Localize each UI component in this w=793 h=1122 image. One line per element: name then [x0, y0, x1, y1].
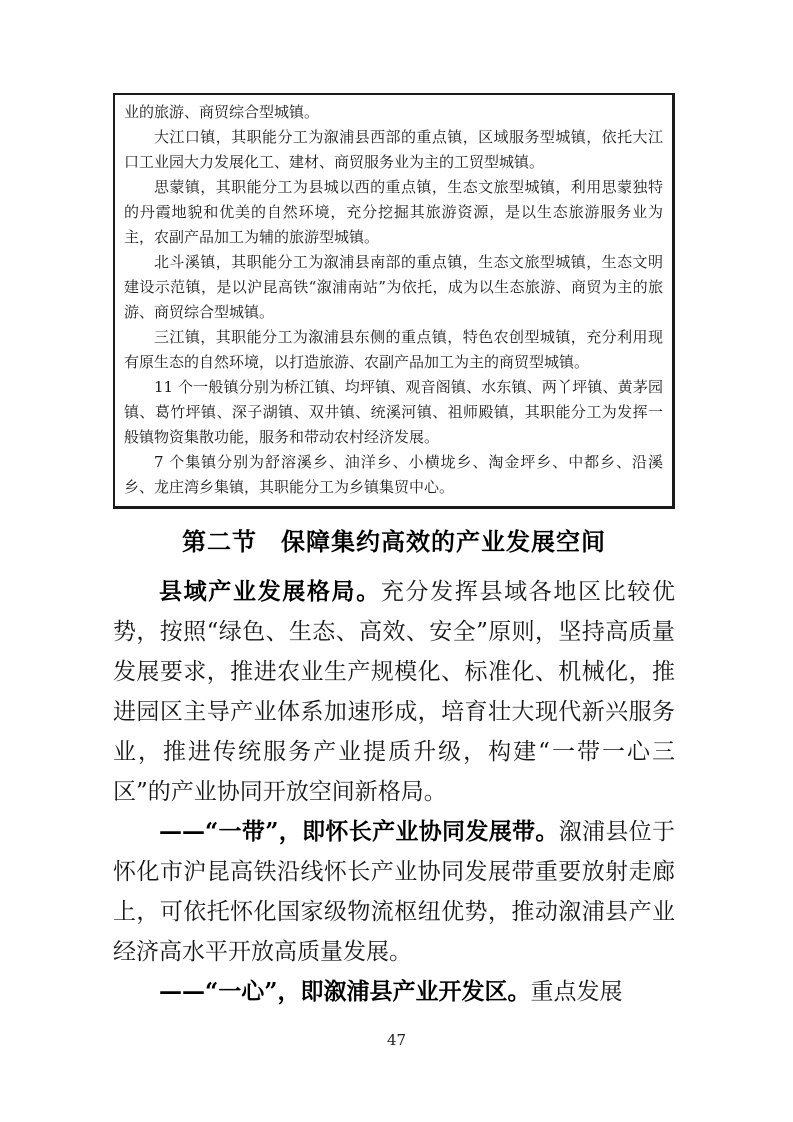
town-functions-box: 业的旅游、商贸综合型城镇。 大江口镇，其职能分工为溆浦县西部的重点镇，区域服务型…	[113, 93, 675, 509]
body-paragraph: ——“一心”，即溆浦县产业开发区。重点发展	[113, 972, 675, 1012]
box-paragraph: 业的旅游、商贸综合型城镇。	[124, 100, 663, 125]
paragraph-text: 充分发挥县域各地区比较优势，按照“绿色、生态、高效、安全”原则，坚持高质量发展要…	[113, 579, 675, 805]
body-text: 县域产业发展格局。充分发挥县域各地区比较优势，按照“绿色、生态、高效、安全”原则…	[113, 572, 675, 1012]
paragraph-lead: 县域产业发展格局。	[159, 578, 381, 605]
body-paragraph: ——“一带”，即怀长产业协同发展带。溆浦县位于怀化市沪昆高铁沿线怀长产业协同发展…	[113, 812, 675, 972]
box-paragraph: 7 个集镇分别为舒溶溪乡、油洋乡、小横垅乡、淘金坪乡、中都乡、沿溪乡、龙庄湾乡集…	[124, 450, 663, 500]
document-page: 业的旅游、商贸综合型城镇。 大江口镇，其职能分工为溆浦县西部的重点镇，区域服务型…	[0, 0, 793, 1122]
section-title: 保障集约高效的产业发展空间	[281, 528, 606, 556]
content-column: 业的旅游、商贸综合型城镇。 大江口镇，其职能分工为溆浦县西部的重点镇，区域服务型…	[113, 93, 675, 1012]
box-paragraph: 大江口镇，其职能分工为溆浦县西部的重点镇，区域服务型城镇，依托大江口工业园大力发…	[124, 125, 663, 175]
paragraph-text: 重点发展	[530, 979, 622, 1005]
box-paragraph: 思蒙镇，其职能分工为县城以西的重点镇，生态文旅型城镇，利用思蒙独特的丹霞地貌和优…	[124, 175, 663, 250]
box-paragraph: 北斗溪镇，其职能分工为溆浦县南部的重点镇，生态文旅型城镇，生态文明建设示范镇，是…	[124, 250, 663, 325]
page-number: 47	[0, 1030, 793, 1050]
section-number: 第二节	[182, 528, 257, 556]
paragraph-lead: ——“一带”，即怀长产业协同发展带。	[159, 818, 559, 845]
box-paragraph: 11 个一般镇分别为桥江镇、均坪镇、观音阁镇、水东镇、两丫坪镇、黄茅园镇、葛竹坪…	[124, 375, 663, 450]
section-heading: 第二节保障集约高效的产业发展空间	[113, 525, 675, 559]
body-paragraph: 县域产业发展格局。充分发挥县域各地区比较优势，按照“绿色、生态、高效、安全”原则…	[113, 572, 675, 812]
box-paragraph: 三江镇，其职能分工为溆浦县东侧的重点镇，特色农创型城镇，充分利用现有原生态的自然…	[124, 325, 663, 375]
paragraph-lead: ——“一心”，即溆浦县产业开发区。	[159, 978, 530, 1005]
